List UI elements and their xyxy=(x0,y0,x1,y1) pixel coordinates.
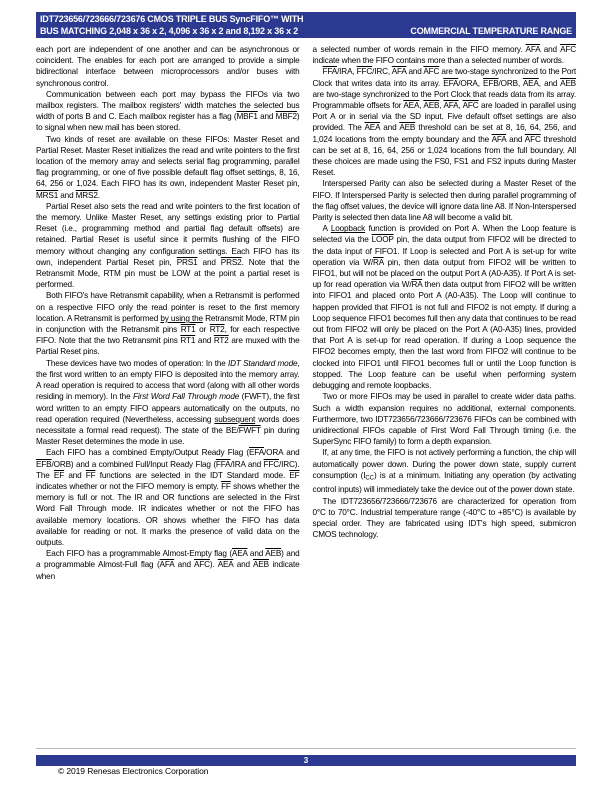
signal-name-overlined: AEB xyxy=(399,123,415,132)
signal-name-overlined: AEB xyxy=(423,101,439,110)
signal-name-overlined: EFB xyxy=(36,460,51,469)
paragraph: Two or more FIFOs may be used in paralle… xyxy=(313,391,577,447)
signal-name-overlined: AFC xyxy=(463,101,479,110)
signal-name-overlined: RA xyxy=(373,258,384,267)
datasheet-page: IDT723656/723666/723676 CMOS TRIPLE BUS … xyxy=(0,0,612,792)
signal-name-overlined: AEA xyxy=(523,79,539,88)
signal-name-overlined: AFA xyxy=(443,101,458,110)
signal-name-overlined: EFA xyxy=(249,448,264,457)
signal-name-overlined: RT1 xyxy=(181,325,196,334)
copyright-text: © 2019 Renesas Electronics Corporation xyxy=(58,766,208,776)
signal-name-overlined: AFC xyxy=(560,45,576,54)
signal-name-overlined: MBF2 xyxy=(276,112,297,121)
signal-name-overlined: AFA xyxy=(160,560,175,569)
signal-name-overlined: AFA xyxy=(526,45,541,54)
left-column: each port are independent of one another… xyxy=(36,44,300,582)
signal-name-overlined: AEA xyxy=(403,101,419,110)
italic-text: First Word Fall Through mode xyxy=(133,392,239,401)
signal-name-overlined: AFA xyxy=(492,135,507,144)
signal-name-overlined: RT2 xyxy=(210,325,225,334)
signal-name-overlined: AEB xyxy=(253,560,269,569)
footer-divider xyxy=(36,748,576,749)
header-title-line1: IDT723656/723666/723676 CMOS TRIPLE BUS … xyxy=(40,14,572,26)
signal-name-overlined: RT1 xyxy=(180,336,195,345)
paragraph: Partial Reset also sets the read and wri… xyxy=(36,201,300,291)
paragraph: Both FIFO's have Retransmit capability, … xyxy=(36,290,300,357)
signal-name-overlined: FWFT xyxy=(239,426,261,435)
signal-name-overlined: FFC xyxy=(357,67,372,76)
right-column: a selected number of words remain in the… xyxy=(313,44,577,582)
paragraph: Each FIFO has a combined Empty/Output Re… xyxy=(36,447,300,548)
signal-name-overlined: AEA xyxy=(218,560,233,569)
signal-name-overlined: MRS2 xyxy=(76,191,98,200)
underlined-text: subsequent xyxy=(214,415,255,424)
signal-name-overlined: AEA xyxy=(232,549,247,558)
signal-name-overlined: AFC xyxy=(525,135,541,144)
page-number: 3 xyxy=(304,756,308,765)
paragraph: Interspersed Parity can also be selected… xyxy=(313,178,577,223)
signal-name-overlined: PRS1 xyxy=(177,258,198,267)
paragraph: If, at any time, the FIFO is not activel… xyxy=(313,447,577,495)
underlined-text: Loopback xyxy=(331,224,365,233)
signal-name-overlined: EF xyxy=(54,471,64,480)
signal-name-overlined: FFC xyxy=(264,460,279,469)
signal-name-overlined: LOOP xyxy=(372,235,394,244)
signal-name-overlined: RT2 xyxy=(214,336,229,345)
signal-name-overlined: AEA xyxy=(364,123,379,132)
body-columns: each port are independent of one another… xyxy=(36,44,576,582)
signal-name-overlined: FF xyxy=(221,482,231,491)
paragraph: FFA/IRA, FFC/IRC, AFA and AFC are two-st… xyxy=(313,66,577,178)
signal-name-overlined: FFA xyxy=(323,67,338,76)
paragraph: Two kinds of reset are available on thes… xyxy=(36,134,300,201)
signal-name-overlined: AFA xyxy=(392,67,407,76)
header-temperature-range-label: COMMERCIAL TEMPERATURE RANGE xyxy=(410,26,572,36)
signal-name-overlined: PRS2 xyxy=(221,258,242,267)
header-bar: IDT723656/723666/723676 CMOS TRIPLE BUS … xyxy=(36,12,576,38)
signal-name-overlined: EF xyxy=(289,471,299,480)
paragraph: Each FIFO has a programmable Almost-Empt… xyxy=(36,548,300,582)
signal-name-overlined: FF xyxy=(86,471,96,480)
paragraph: a selected number of words remain in the… xyxy=(313,44,577,66)
signal-name-overlined: AFC xyxy=(423,67,439,76)
underlined-text: by using the xyxy=(160,314,203,323)
footer-page-bar: 3 xyxy=(36,755,576,766)
signal-name-overlined: AEB xyxy=(560,79,576,88)
paragraph: These devices have two modes of operatio… xyxy=(36,358,300,448)
signal-name-overlined: MBF1 xyxy=(237,112,258,121)
paragraph: A Loopback function is provided on Port … xyxy=(313,223,577,391)
italic-text: IDT Standard mode xyxy=(228,359,297,368)
signal-name-overlined: FFA xyxy=(216,460,231,469)
signal-name-overlined: EFB xyxy=(483,79,498,88)
subscript-text: CC xyxy=(365,475,374,481)
paragraph: Communication between each port may bypa… xyxy=(36,89,300,134)
signal-name-overlined: AEB xyxy=(265,549,281,558)
signal-name-overlined: AFC xyxy=(194,560,210,569)
signal-name-overlined: EFA xyxy=(443,79,458,88)
signal-name-overlined: MRS1 xyxy=(36,191,58,200)
paragraph: each port are independent of one another… xyxy=(36,44,300,89)
signal-name-overlined: RA xyxy=(412,280,423,289)
paragraph: The IDT723656/723666/723676 are characte… xyxy=(313,496,577,541)
